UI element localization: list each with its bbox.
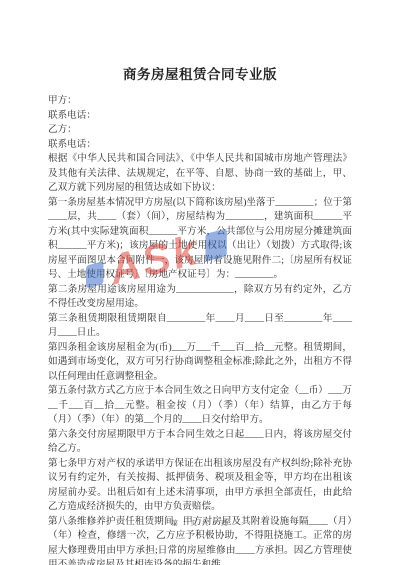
clause-7-ownership-promise: 第七条甲方对产权的承诺甲方保证在出租该房屋没有产权纠纷;除补充协议另有约定外，有… — [48, 457, 352, 515]
party-a-label: 甲方： — [48, 94, 352, 109]
document-content: 甲方： 联系电话： 乙方： 联系电话： 根据《中华人民共和国合同法》、《中华人民… — [48, 94, 352, 565]
party-b-label: 乙方： — [48, 123, 352, 138]
preamble-paragraph: 根据《中华人民共和国合同法》、《中华人民共和国城市房地产管理法》及其他有关法律、… — [48, 152, 352, 196]
document-page: 商务房屋租赁合同专业版 甲方： 联系电话： 乙方： 联系电话： 根据《中华人民共… — [0, 0, 400, 565]
party-a-phone-label: 联系电话： — [48, 109, 352, 124]
clause-4-rent: 第四条租金该房屋租金为(币)___万___千___百__拾__元整。租赁期间，如… — [48, 341, 352, 385]
clause-6-delivery-term: 第六条交付房屋期限甲方于本合同生效之日起____日内，将该房屋交付给乙方。 — [48, 428, 352, 457]
clause-1-house-basic-info: 第一条房屋基本情况甲方房屋(以下简称该房屋)坐落于________；位于第___… — [48, 196, 352, 283]
party-b-phone-label: 联系电话： — [48, 138, 352, 153]
contract-clauses: 根据《中华人民共和国合同法》、《中华人民共和国城市房地产管理法》及其他有关法律、… — [48, 152, 352, 565]
clause-2-house-usage: 第二条房屋用途该房屋用途为____________，除双方另有约定外，乙方不得任… — [48, 283, 352, 312]
clause-5-payment-method: 第五条付款方式乙方应于本合同生效之日向甲方支付定金（__币）___万__千___… — [48, 384, 352, 428]
page-number: 第 1 页 共 8 页 — [0, 518, 400, 527]
parties-block: 甲方： 联系电话： 乙方： 联系电话： — [48, 94, 352, 152]
document-title: 商务房屋租赁合同专业版 — [0, 65, 400, 85]
clause-3-lease-term: 第三条租赁期限租赁期限自________年____月____日至________… — [48, 312, 352, 341]
